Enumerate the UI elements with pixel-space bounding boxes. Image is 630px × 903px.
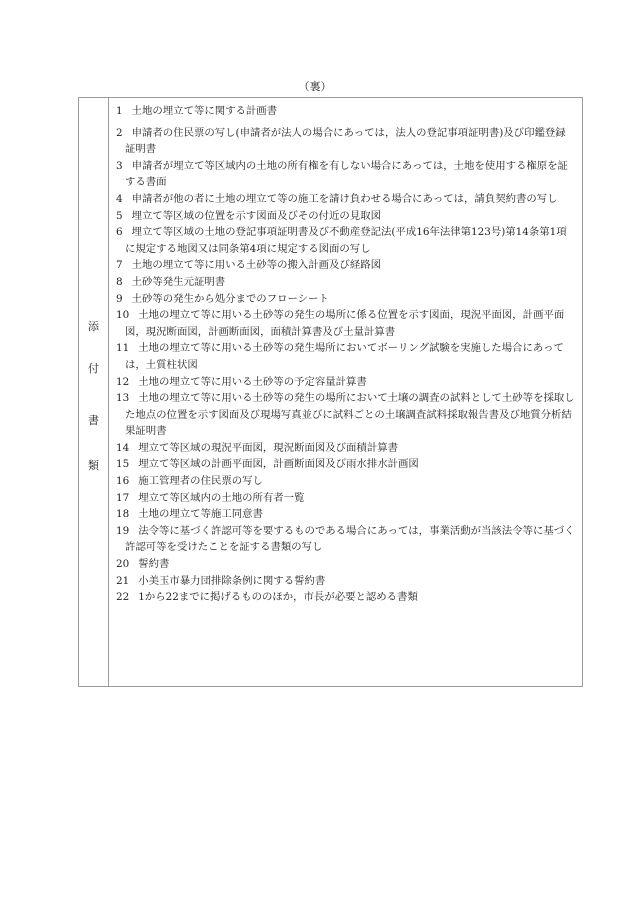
list-item: 21小美玉市暴力団排除条例に関する誓約書 [116, 573, 576, 590]
item-number: 14 [116, 440, 129, 457]
item-number: 20 [116, 556, 129, 573]
list-item: 7土地の埋立て等に用いる土砂等の搬入計画及び経路図 [116, 257, 576, 274]
item-text: 施工管理者の住民票の写し [138, 475, 263, 487]
item-text: 埋立て等区域の計画平面図，計画断面図及び雨水排水計画図 [138, 458, 419, 470]
item-text: 埋立て等区域の位置を示す図面及びその付近の見取図 [132, 210, 381, 222]
attachment-list: 1土地の埋立て等に関する計画書 2申請者の住民票の写し(申請者が法人の場合にあっ… [116, 103, 576, 606]
item-number: 1 [116, 103, 123, 120]
item-number: 5 [116, 208, 123, 225]
item-text: 土地の埋立て等に用いる土砂等の発生の場所に係る位置を示す図面，現況平面図，計画平… [125, 309, 564, 338]
list-item: 20誓約書 [116, 556, 576, 573]
item-number: 17 [116, 490, 129, 507]
item-text: 誓約書 [138, 558, 169, 570]
list-item: 8土砂等発生元証明書 [116, 274, 576, 291]
item-number: 15 [116, 456, 129, 473]
list-item: 221から22までに掲げるもののほか，市長が必要と認める書類 [116, 589, 576, 606]
list-item: 17埋立て等区域内の土地の所有者一覧 [116, 490, 576, 507]
item-number: 8 [116, 274, 123, 291]
item-text: 土砂等発生元証明書 [132, 276, 226, 288]
item-text: 土地の埋立て等に用いる土砂等の発生場所においてボーリング試験を実施した場合にあっ… [125, 342, 564, 371]
section-label-char: 類 [79, 457, 108, 473]
item-number: 3 [116, 158, 123, 175]
list-item: 13土地の埋立て等に用いる土砂等の発生の場所において土壌の調査の試料として土砂等… [116, 390, 576, 440]
list-item: 11土地の埋立て等に用いる土砂等の発生場所においてボーリング試験を実施した場合に… [116, 340, 576, 373]
item-number: 12 [116, 374, 129, 391]
item-number: 16 [116, 473, 129, 490]
list-item: 12土地の埋立て等に用いる土砂等の予定容量計算書 [116, 374, 576, 391]
item-number: 18 [116, 506, 129, 523]
item-text: 埋立て等区域の現況平面図，現況断面図及び面積計算書 [138, 442, 398, 454]
list-item: 4申請者が他の者に土地の埋立て等の施工を請け負わせる場合にあっては，請負契約書の… [116, 191, 576, 208]
item-number: 13 [116, 390, 129, 407]
item-number: 4 [116, 191, 123, 208]
list-item: 1土地の埋立て等に関する計画書 [116, 103, 576, 120]
item-text: 埋立て等区域内の土地の所有者一覧 [138, 492, 304, 504]
item-number: 9 [116, 291, 123, 308]
item-number: 10 [116, 307, 129, 324]
item-text: 法令等に基づく許認可等を要するものである場合にあっては，事業活動が当該法令等に基… [125, 525, 575, 554]
list-item: 14埋立て等区域の現況平面図，現況断面図及び面積計算書 [116, 440, 576, 457]
list-item: 6埋立て等区域の土地の登記事項証明書及び不動産登記法(平成16年法律第123号)… [116, 224, 576, 257]
item-text: 申請者が埋立て等区域内の土地の所有権を有しない場合にあっては，土地を使用する権原… [125, 160, 568, 189]
item-number: 22 [116, 589, 129, 606]
list-item: 19法令等に基づく許認可等を要するものである場合にあっては，事業活動が当該法令等… [116, 523, 576, 556]
list-item: 15埋立て等区域の計画平面図，計画断面図及び雨水排水計画図 [116, 456, 576, 473]
list-item: 2申請者の住民票の写し(申請者が法人の場合にあっては，法人の登記事項証明書)及び… [116, 125, 576, 158]
list-item: 3申請者が埋立て等区域内の土地の所有権を有しない場合にあっては，土地を使用する権… [116, 158, 576, 191]
list-item: 18土地の埋立て等施工同意書 [116, 506, 576, 523]
item-text: 小美玉市暴力団排除条例に関する誓約書 [138, 575, 325, 587]
item-text: 埋立て等区域の土地の登記事項証明書及び不動産登記法(平成16年法律第123号)第… [125, 226, 567, 255]
list-item: 16施工管理者の住民票の写し [116, 473, 576, 490]
section-label-char: 書 [79, 412, 108, 428]
list-item: 5埋立て等区域の位置を示す図面及びその付近の見取図 [116, 208, 576, 225]
section-label-char: 付 [79, 360, 108, 376]
item-text: 土砂等の発生から処分までのフローシート [132, 293, 329, 305]
section-label-column: 添 付 書 類 [79, 98, 109, 686]
item-text: 土地の埋立て等に用いる土砂等の発生の場所において土壌の調査の試料として土砂等を採… [125, 392, 575, 437]
item-text: 土地の埋立て等に用いる土砂等の予定容量計算書 [138, 376, 367, 388]
item-number: 11 [116, 340, 129, 357]
item-number: 6 [116, 224, 123, 241]
item-number: 21 [116, 573, 129, 590]
item-text: 土地の埋立て等に関する計画書 [132, 105, 277, 117]
attachments-table: 添 付 書 類 1土地の埋立て等に関する計画書 2申請者の住民票の写し(申請者が… [78, 97, 583, 687]
item-text: 申請者の住民票の写し(申請者が法人の場合にあっては，法人の登記事項証明書)及び印… [125, 127, 566, 156]
section-label-char: 添 [79, 318, 108, 334]
item-text: 土地の埋立て等施工同意書 [138, 508, 263, 520]
item-text: 土地の埋立て等に用いる土砂等の搬入計画及び経路図 [132, 259, 381, 271]
item-number: 7 [116, 257, 123, 274]
item-number: 19 [116, 523, 129, 540]
list-item: 9土砂等の発生から処分までのフローシート [116, 291, 576, 308]
page-side-label: （裏） [0, 78, 630, 94]
list-item: 10土地の埋立て等に用いる土砂等の発生の場所に係る位置を示す図面，現況平面図，計… [116, 307, 576, 340]
item-text: 1から22までに掲げるもののほか，市長が必要と認める書類 [138, 591, 418, 603]
item-text: 申請者が他の者に土地の埋立て等の施工を請け負わせる場合にあっては，請負契約書の写… [132, 193, 558, 205]
item-number: 2 [116, 125, 123, 142]
